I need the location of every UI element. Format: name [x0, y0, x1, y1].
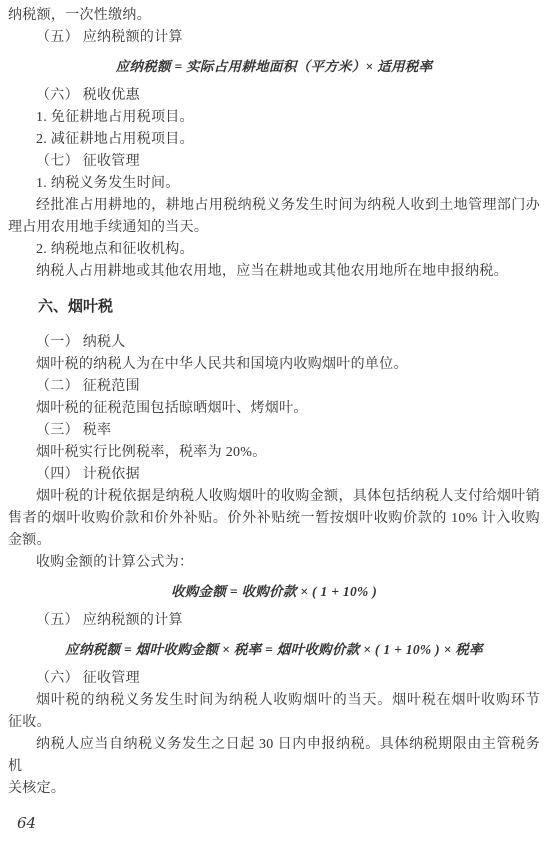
text-line: 经批准占用耕地的，耕地占用税纳税义务发生时间为纳税人收到土地管理部门办	[8, 195, 540, 217]
text-line: 金额。	[8, 530, 540, 552]
text-line: （六） 征收管理	[8, 668, 540, 690]
text-line: 收购金额的计算公式为：	[8, 552, 540, 574]
text-line: 烟叶税的征税范围包括晾晒烟叶、烤烟叶。	[8, 398, 540, 420]
text-line: （五） 应纳税额的计算	[8, 27, 540, 49]
text-line: （四） 计税依据	[8, 464, 540, 486]
list-item: 2. 减征耕地占用税项目。	[8, 129, 540, 151]
book-page: 纳税额，一次性缴纳。 （五） 应纳税额的计算 应纳税额 = 实际占用耕地面积（平…	[0, 0, 548, 844]
text-line: （二） 征税范围	[8, 376, 540, 398]
text-line: 理占用农用地手续通知的当天。	[8, 217, 540, 239]
text-line: （七） 征收管理	[8, 151, 540, 173]
text-line: （三） 税率	[8, 420, 540, 442]
formula-line: 应纳税额 = 实际占用耕地面积（平方米）× 适用税率	[8, 56, 540, 78]
text-line: 纳税人占用耕地或其他农用地，应当在耕地或其他农用地所在地申报纳税。	[8, 261, 540, 283]
text-line: （六） 税收优惠	[8, 85, 540, 107]
text-line: 关核定。	[8, 778, 540, 800]
text-line: 纳税人应当自纳税义务发生之日起 30 日内申报纳税。具体纳税期限由主管税务机	[8, 734, 540, 778]
text-line: 纳税额，一次性缴纳。	[8, 5, 540, 27]
text-line: （一） 纳税人	[8, 332, 540, 354]
text-line: 烟叶税的计税依据是纳税人收购烟叶的收购金额，具体包括纳税人支付给烟叶销	[8, 486, 540, 508]
text-line: 烟叶税实行比例税率，税率为 20%。	[8, 442, 540, 464]
section-heading-tobacco-tax: 六、烟叶税	[8, 296, 540, 318]
text-line: （五） 应纳税额的计算	[8, 610, 540, 632]
text-line: 征收。	[8, 712, 540, 734]
text-line: 售者的烟叶收购价款和价外补贴。价外补贴统一暂按烟叶收购价款的 10% 计入收购	[8, 508, 540, 530]
text-line: 烟叶税的纳税人为在中华人民共和国境内收购烟叶的单位。	[8, 354, 540, 376]
page-number: 64	[17, 814, 36, 832]
formula-line: 收购金额 = 收购价款 × ( 1 + 10% )	[8, 581, 540, 603]
formula-line: 应纳税额 = 烟叶收购金额 × 税率 = 烟叶收购价款 × ( 1 + 10% …	[8, 639, 540, 661]
list-item: 1. 免征耕地占用税项目。	[8, 107, 540, 129]
list-item: 1. 纳税义务发生时间。	[8, 173, 540, 195]
list-item: 2. 纳税地点和征收机构。	[8, 239, 540, 261]
text-line: 烟叶税的纳税义务发生时间为纳税人收购烟叶的当天。烟叶税在烟叶收购环节	[8, 690, 540, 712]
